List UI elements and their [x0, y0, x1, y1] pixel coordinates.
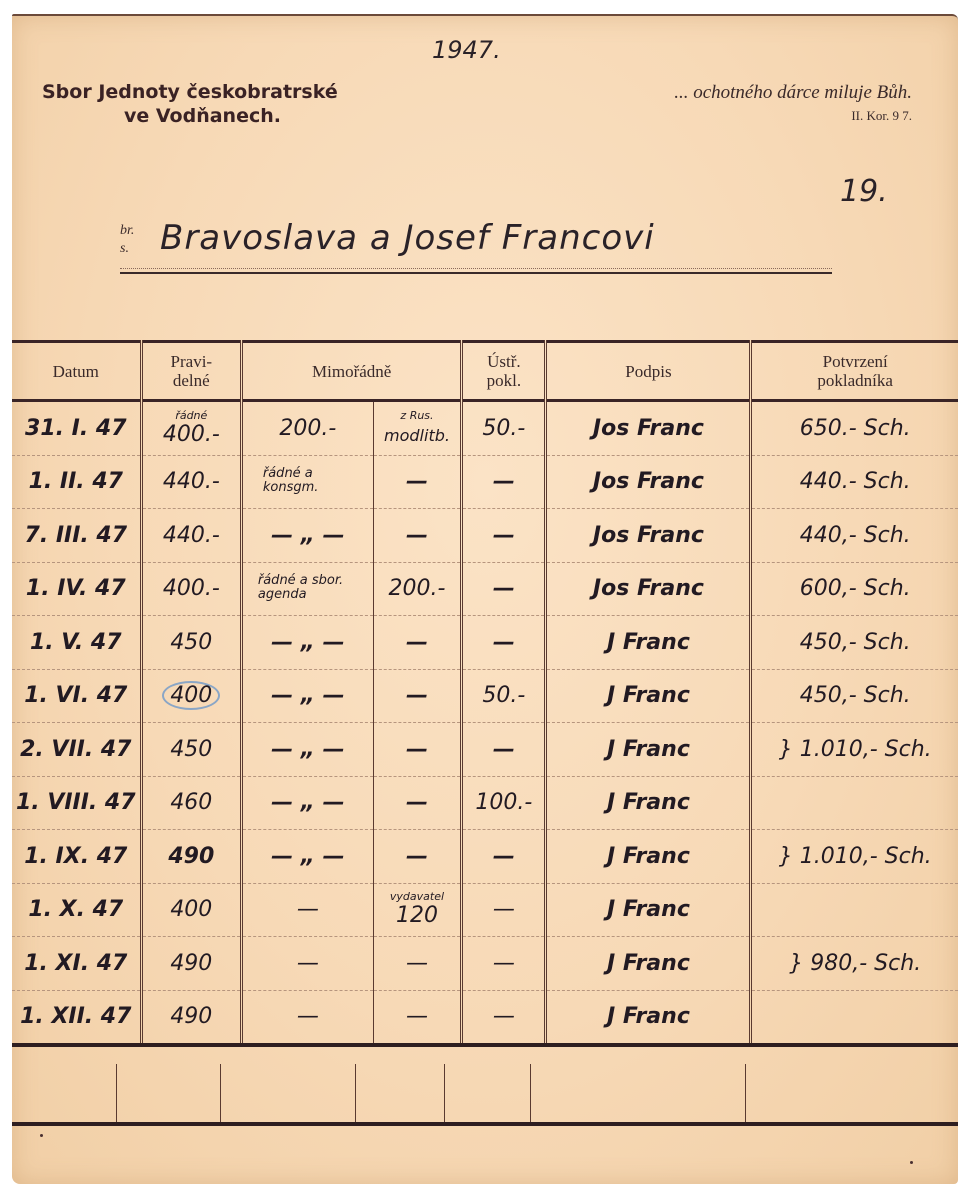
cell-potvrzeni: 600,- Sch.: [751, 562, 958, 616]
table-header-row: Datum Pravi-delné Mimořádně Ústř. pokl. …: [12, 342, 958, 401]
cell-ustr-pokl: —: [462, 509, 546, 563]
cell-pravidelne: 490: [141, 937, 242, 991]
cell-note: vydavatel: [378, 891, 457, 903]
table-row: 1. IV. 47 400.- řádné a sbor. agenda 200…: [12, 562, 958, 616]
cell-podpis: J Franc: [546, 937, 751, 991]
cell-ustr-pokl: —: [462, 937, 546, 991]
cell-potvrzeni: [751, 776, 958, 830]
cell-podpis: J Franc: [546, 830, 751, 884]
organization-line-1: Sbor Jednoty českobratrské: [42, 81, 338, 103]
motto-reference: II. Kor. 9 7.: [674, 108, 912, 124]
cell-mimoradne-b: —: [373, 830, 462, 884]
cell-note: řádné: [147, 410, 237, 422]
cell-value: 400.-: [163, 422, 220, 447]
cell-mimoradne-a: — „ —: [242, 776, 374, 830]
header-pravidelne-label: Pravi-delné: [161, 352, 221, 390]
year-handwritten: 1947.: [432, 36, 501, 64]
cell-pravidelne: řádné400.-: [141, 401, 242, 456]
table-row: 2. VII. 47 450 — „ — — — J Franc } 1.010…: [12, 723, 958, 777]
header-potvrzeni-label: Potvrzení pokladníka: [800, 352, 910, 390]
prefix-s: s.: [120, 240, 134, 258]
column-divider: [530, 1064, 531, 1122]
header-pravidelne: Pravi-delné: [141, 342, 242, 401]
column-divider: [745, 1064, 746, 1122]
cell-ustr-pokl: —: [462, 616, 546, 670]
cell-mimoradne-a: — „ —: [242, 830, 374, 884]
cell-potvrzeni: 440.- Sch.: [751, 455, 958, 509]
cell-datum: 1. XI. 47: [12, 937, 141, 991]
donation-card: Sbor Jednoty českobratrské ve Vodňanech.…: [12, 14, 958, 1184]
donation-ledger-table: Datum Pravi-delné Mimořádně Ústř. pokl. …: [12, 340, 958, 1047]
cell-ustr-pokl: —: [462, 883, 546, 937]
cell-value: řádné a sbor. agenda: [258, 574, 358, 602]
header-datum: Datum: [12, 342, 141, 401]
cell-potvrzeni: 650.- Sch.: [751, 401, 958, 456]
cell-podpis: Jos Franc: [546, 401, 751, 456]
cell-mimoradne-a: — „ —: [242, 723, 374, 777]
cell-datum: 1. II. 47: [12, 455, 141, 509]
cell-podpis: Jos Franc: [546, 509, 751, 563]
cell-mimoradne-a: —: [242, 937, 374, 991]
cell-mimoradne-a: —: [242, 883, 374, 937]
table-row: 1. VIII. 47 460 — „ — — 100.- J Franc: [12, 776, 958, 830]
cell-pravidelne: 490: [141, 830, 242, 884]
cell-potvrzeni: } 1.010,- Sch.: [751, 723, 958, 777]
motto-text: ... ochotného dárce miluje Bůh.: [674, 82, 912, 103]
cell-datum: 7. III. 47: [12, 509, 141, 563]
cell-datum: 31. I. 47: [12, 401, 141, 456]
cell-mimoradne-b: —: [373, 509, 462, 563]
cell-podpis: J Franc: [546, 776, 751, 830]
cell-mimoradne-b: z Rus.modlitb.: [373, 401, 462, 456]
cell-pravidelne: 450: [141, 723, 242, 777]
cell-ustr-pokl: —: [462, 723, 546, 777]
cell-podpis: J Franc: [546, 616, 751, 670]
cell-mimoradne-a: — „ —: [242, 616, 374, 670]
cell-podpis: J Franc: [546, 883, 751, 937]
cell-pravidelne: 460: [141, 776, 242, 830]
cell-potvrzeni: } 980,- Sch.: [751, 937, 958, 991]
cell-podpis: Jos Franc: [546, 455, 751, 509]
cell-mimoradne-b: —: [373, 455, 462, 509]
cell-podpis: J Franc: [546, 990, 751, 1045]
cell-value: 120: [396, 903, 438, 928]
column-divider: [116, 1064, 117, 1122]
card-number: 19.: [840, 174, 888, 209]
cell-ustr-pokl: —: [462, 990, 546, 1045]
cell-datum: 1. VIII. 47: [12, 776, 141, 830]
table-row: 1. V. 47 450 — „ — — — J Franc 450,- Sch…: [12, 616, 958, 670]
cell-mimoradne-b: 200.-: [373, 562, 462, 616]
table-row: 1. II. 47 440.- řádné a konsgm. — — Jos …: [12, 455, 958, 509]
paper-mark: [40, 1134, 43, 1137]
cell-mimoradne-a: řádné a sbor. agenda: [242, 562, 374, 616]
cell-mimoradne-a: — „ —: [242, 669, 374, 723]
header-mimoradne: Mimořádně: [242, 342, 462, 401]
cell-mimoradne-a: 200.-: [242, 401, 374, 456]
cell-mimoradne-b: —: [373, 723, 462, 777]
table-row: 7. III. 47 440.- — „ — — — Jos Franc 440…: [12, 509, 958, 563]
cell-podpis: J Franc: [546, 669, 751, 723]
cell-datum: 1. V. 47: [12, 616, 141, 670]
cell-pravidelne: 490: [141, 990, 242, 1045]
cell-mimoradne-b: —: [373, 616, 462, 670]
empty-summary-row: [12, 1064, 958, 1126]
table-row: 1. IX. 47 490 — „ — — — J Franc } 1.010,…: [12, 830, 958, 884]
cell-pravidelne: 400: [141, 883, 242, 937]
recipient-line: br. s. Bravoslava a Josef Francovi: [120, 212, 832, 274]
cell-ustr-pokl: —: [462, 455, 546, 509]
cell-podpis: J Franc: [546, 723, 751, 777]
cell-ustr-pokl: —: [462, 830, 546, 884]
table-row: 1. XI. 47 490 — — — J Franc } 980,- Sch.: [12, 937, 958, 991]
circled-value: 400: [162, 681, 220, 710]
cell-potvrzeni: [751, 990, 958, 1045]
cell-datum: 1. XII. 47: [12, 990, 141, 1045]
table-row: 1. XII. 47 490 — — — J Franc: [12, 990, 958, 1045]
cell-pravidelne: 400: [141, 669, 242, 723]
table-row: 31. I. 47 řádné400.- 200.- z Rus.modlitb…: [12, 401, 958, 456]
cell-datum: 1. X. 47: [12, 883, 141, 937]
cell-mimoradne-b: —: [373, 937, 462, 991]
motto: ... ochotného dárce miluje Bůh. II. Kor.…: [674, 82, 912, 124]
cell-mimoradne-b: —: [373, 990, 462, 1045]
table-row: 1. VI. 47 400 — „ — — 50.- J Franc 450,-…: [12, 669, 958, 723]
cell-pravidelne: 400.-: [141, 562, 242, 616]
cell-note: z Rus.: [378, 410, 457, 422]
paper-mark: [910, 1161, 913, 1164]
cell-potvrzeni: 450,- Sch.: [751, 669, 958, 723]
cell-datum: 2. VII. 47: [12, 723, 141, 777]
cell-value: modlitb.: [384, 426, 450, 445]
table-row: 1. X. 47 400 — vydavatel120 — J Franc: [12, 883, 958, 937]
header-potvrzeni: Potvrzení pokladníka: [751, 342, 958, 401]
organization-heading: Sbor Jednoty českobratrské ve Vodňanech.: [42, 80, 338, 128]
cell-pravidelne: 440.-: [141, 455, 242, 509]
recipient-name: Bravoslava a Josef Francovi: [160, 218, 655, 258]
cell-mimoradne-a: řádné a konsgm.: [242, 455, 374, 509]
cell-mimoradne-b: vydavatel120: [373, 883, 462, 937]
cell-mimoradne-b: —: [373, 669, 462, 723]
cell-potvrzeni: [751, 883, 958, 937]
column-divider: [444, 1064, 445, 1122]
cell-potvrzeni: 440,- Sch.: [751, 509, 958, 563]
cell-mimoradne-a: —: [242, 990, 374, 1045]
column-divider: [220, 1064, 221, 1122]
cell-ustr-pokl: 100.-: [462, 776, 546, 830]
prefix-br: br.: [120, 222, 134, 240]
cell-ustr-pokl: 50.-: [462, 401, 546, 456]
cell-potvrzeni: 450,- Sch.: [751, 616, 958, 670]
cell-mimoradne-b: —: [373, 776, 462, 830]
header-ustr-pokl-label: Ústř. pokl.: [479, 352, 529, 390]
cell-ustr-pokl: —: [462, 562, 546, 616]
cell-ustr-pokl: 50.-: [462, 669, 546, 723]
cell-datum: 1. IV. 47: [12, 562, 141, 616]
cell-datum: 1. VI. 47: [12, 669, 141, 723]
cell-datum: 1. IX. 47: [12, 830, 141, 884]
column-divider: [355, 1064, 356, 1122]
recipient-prefix: br. s.: [120, 222, 134, 258]
cell-mimoradne-a: — „ —: [242, 509, 374, 563]
header-ustr-pokl: Ústř. pokl.: [462, 342, 546, 401]
cell-value: řádné a konsgm.: [263, 467, 353, 495]
organization-line-2: ve Vodňanech.: [42, 104, 338, 128]
cell-podpis: Jos Franc: [546, 562, 751, 616]
cell-potvrzeni: } 1.010,- Sch.: [751, 830, 958, 884]
cell-pravidelne: 440.-: [141, 509, 242, 563]
cell-pravidelne: 450: [141, 616, 242, 670]
header-podpis: Podpis: [546, 342, 751, 401]
